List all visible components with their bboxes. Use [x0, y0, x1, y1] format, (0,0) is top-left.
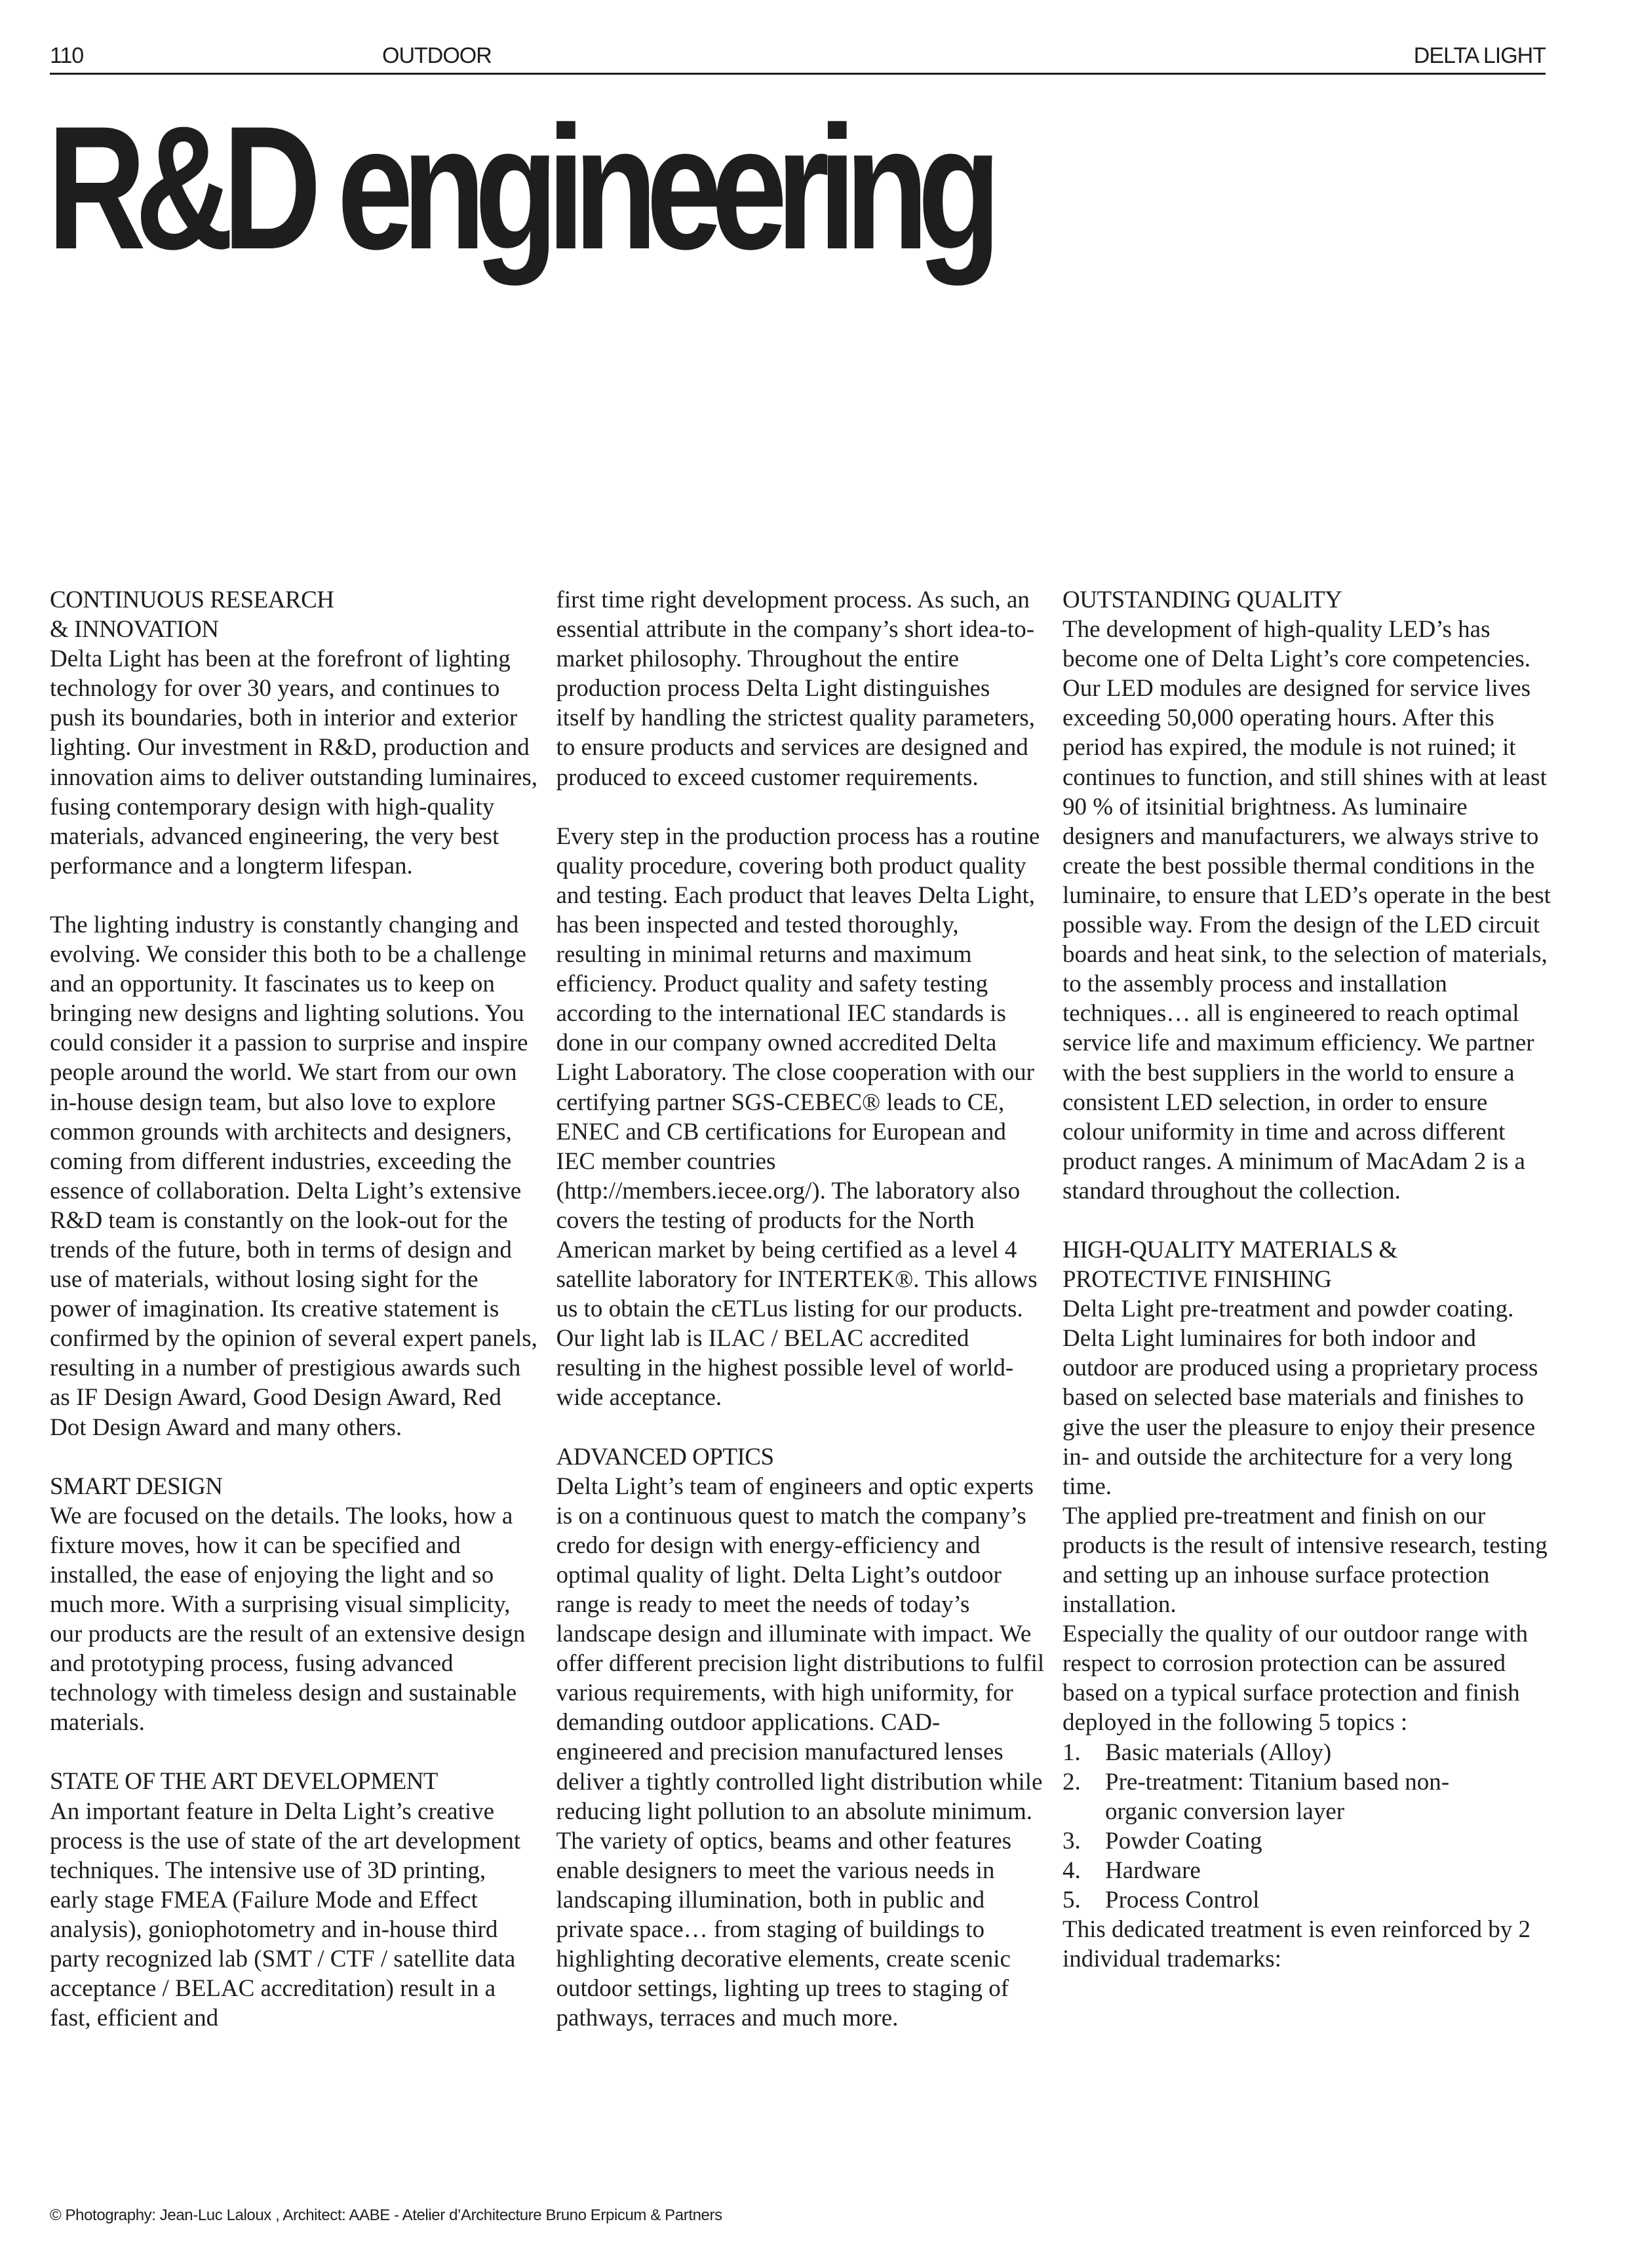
heading-line: CONTINUOUS RESEARCH	[50, 586, 334, 613]
heading-continuous-research: CONTINUOUS RESEARCH & INNOVATION	[50, 585, 538, 644]
heading-materials-finishing: HIGH-QUALITY MATERIALS & PROTECTIVE FINI…	[1063, 1235, 1551, 1294]
list-number: 2.	[1063, 1767, 1105, 1826]
paragraph: This dedicated treatment is even reinfor…	[1063, 1915, 1551, 1974]
brand-label: DELTA LIGHT	[1414, 43, 1546, 69]
column-2: first time right development process. As…	[556, 585, 1045, 2033]
paragraph: We are focused on the details. The looks…	[50, 1501, 538, 1738]
list-number: 1.	[1063, 1738, 1105, 1767]
list-number: 3.	[1063, 1826, 1105, 1856]
heading-line: & INNOVATION	[50, 616, 218, 643]
heading-advanced-optics: ADVANCED OPTICS	[556, 1442, 1045, 1472]
list-text: Basic materials (Alloy)	[1105, 1738, 1472, 1767]
paragraph: Delta Light has been at the forefront of…	[50, 644, 538, 881]
paragraph: first time right development process. As…	[556, 585, 1045, 792]
section-label: OUTDOOR	[382, 43, 492, 69]
page-title: R&D engineering	[47, 100, 990, 275]
paragraph: Every step in the production process has…	[556, 822, 1045, 1413]
paragraph: The development of high-quality LED’s ha…	[1063, 615, 1551, 1206]
heading-outstanding-quality: OUTSTANDING QUALITY	[1063, 585, 1551, 615]
paragraph: Delta Light’s team of engineers and opti…	[556, 1472, 1045, 2033]
list-item: 2. Pre-treatment: Titanium based non-org…	[1063, 1767, 1551, 1826]
paragraph: The lighting industry is constantly chan…	[50, 910, 538, 1442]
list-item: 4. Hardware	[1063, 1856, 1551, 1885]
list-text: Process Control	[1105, 1885, 1472, 1915]
paragraph: Especially the quality of our outdoor ra…	[1063, 1619, 1551, 1737]
paragraph: Delta Light luminaires for both indoor a…	[1063, 1324, 1551, 1501]
article-body: CONTINUOUS RESEARCH & INNOVATION Delta L…	[50, 585, 1551, 2033]
photo-credit: © Photography: Jean-Luc Laloux , Archite…	[50, 2206, 722, 2225]
heading-state-of-the-art: STATE OF THE ART DEVELOPMENT	[50, 1767, 538, 1796]
list-text: Powder Coating	[1105, 1826, 1472, 1856]
paragraph: Delta Light pre-treatment and powder coa…	[1063, 1294, 1551, 1324]
list-number: 5.	[1063, 1885, 1105, 1915]
running-header: 110 OUTDOOR DELTA LIGHT	[50, 42, 1546, 75]
paragraph: An important feature in Delta Light’s cr…	[50, 1797, 538, 2033]
heading-line: HIGH-QUALITY MATERIALS &	[1063, 1237, 1397, 1263]
list-item: 1. Basic materials (Alloy)	[1063, 1738, 1551, 1767]
heading-smart-design: SMART DESIGN	[50, 1472, 538, 1501]
heading-line: PROTECTIVE FINISHING	[1063, 1266, 1331, 1293]
column-1: CONTINUOUS RESEARCH & INNOVATION Delta L…	[50, 585, 538, 2033]
list-text: Pre-treatment: Titanium based non-organi…	[1105, 1767, 1472, 1826]
column-3: OUTSTANDING QUALITY The development of h…	[1063, 585, 1551, 2033]
page-number: 110	[50, 43, 83, 69]
list-item: 3. Powder Coating	[1063, 1826, 1551, 1856]
list-text: Hardware	[1105, 1856, 1472, 1885]
list-number: 4.	[1063, 1856, 1105, 1885]
list-item: 5. Process Control	[1063, 1885, 1551, 1915]
paragraph: The applied pre-treatment and finish on …	[1063, 1501, 1551, 1619]
topics-list: 1. Basic materials (Alloy) 2. Pre-treatm…	[1063, 1738, 1551, 1915]
